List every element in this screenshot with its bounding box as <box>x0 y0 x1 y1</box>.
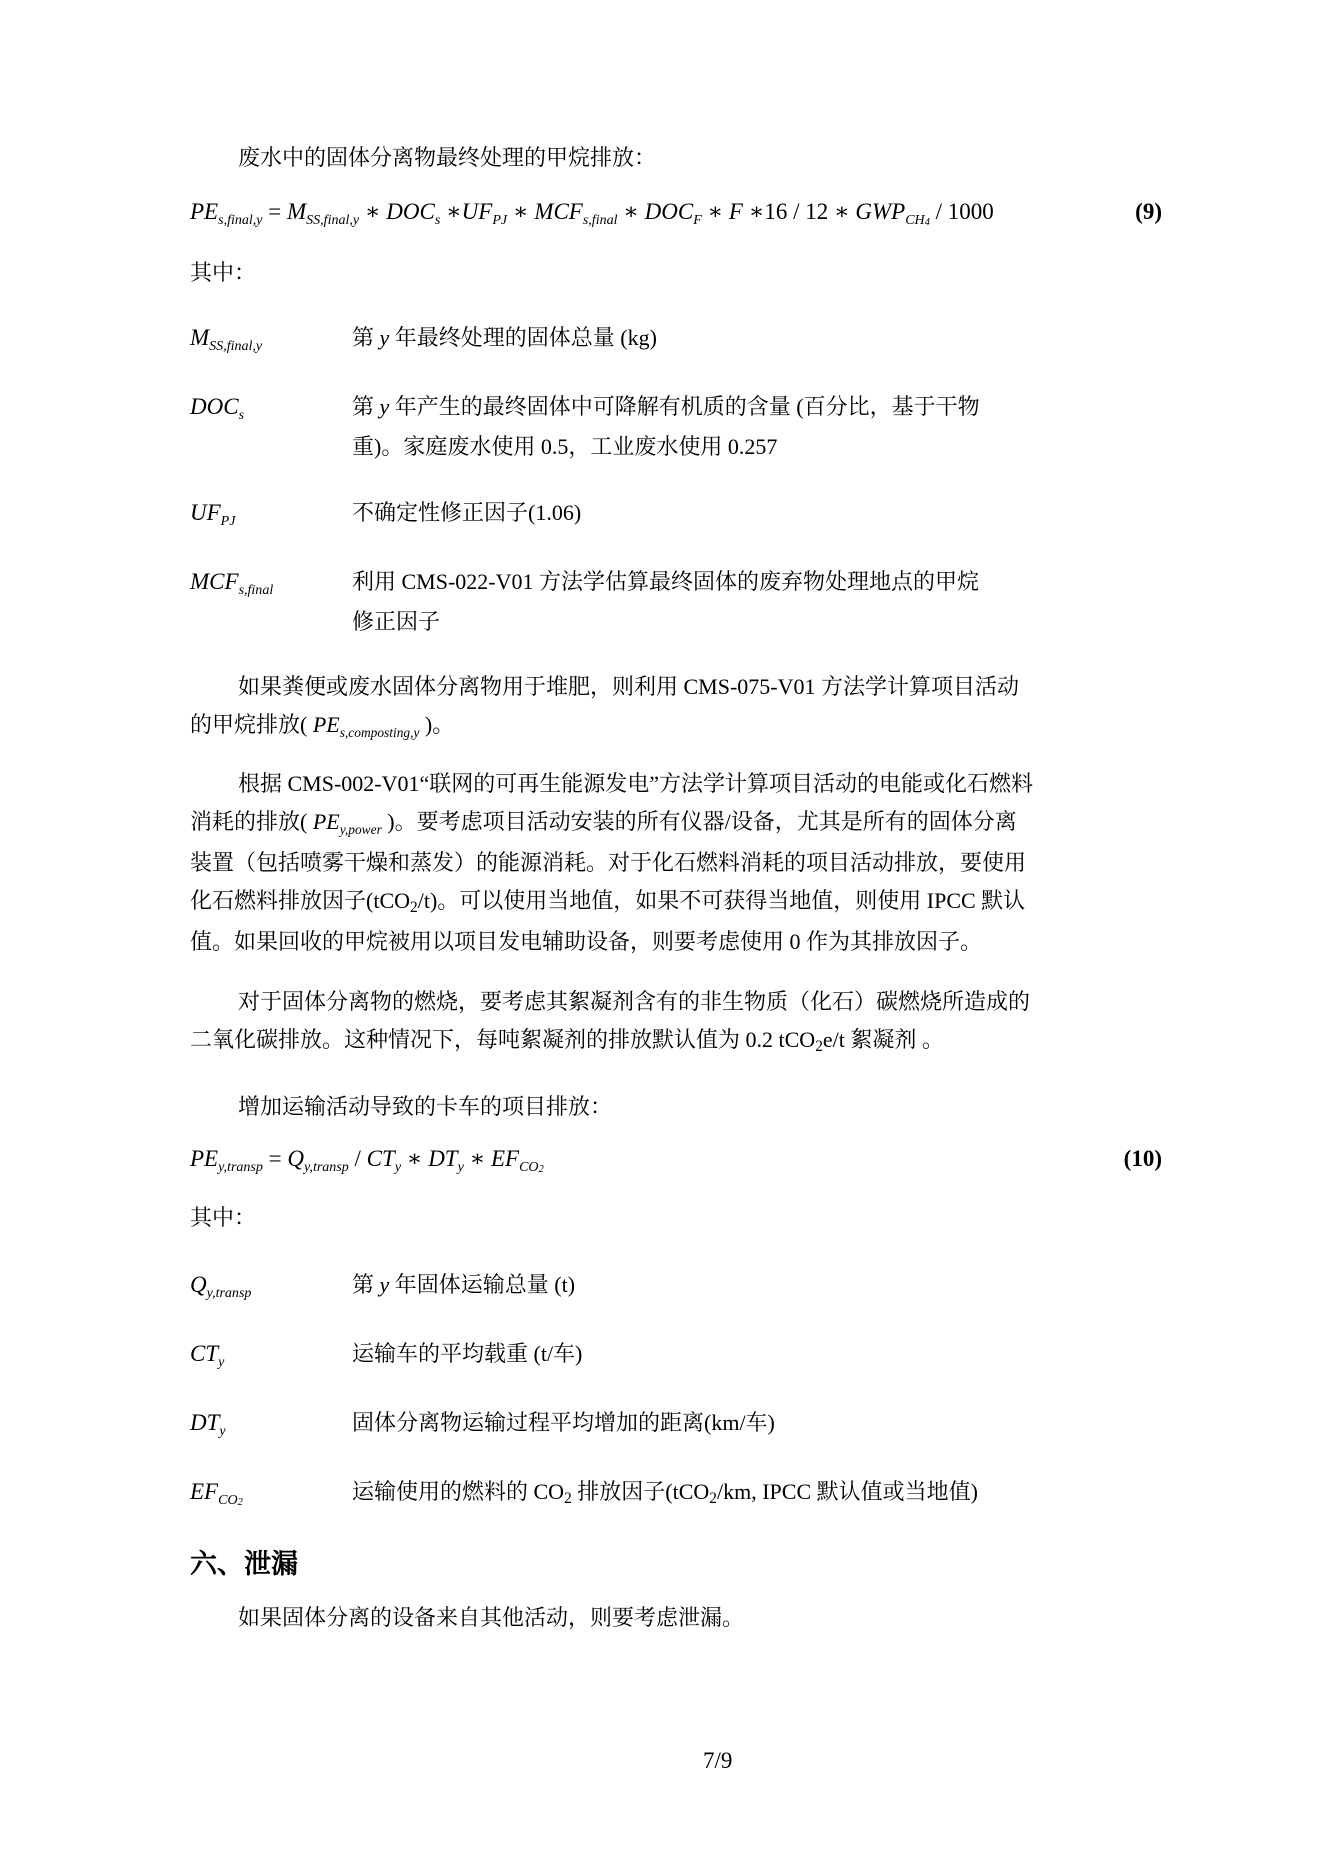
definition-text: 不确定性修正因子(1.06) <box>352 493 1182 533</box>
paragraph-composting: 如果粪便或废水固体分离物用于堆肥，则利用 CMS-075-V01 方法学计算项目… <box>190 668 1182 747</box>
where-label-1: 其中： <box>190 254 1182 292</box>
definition-term: DTy <box>190 1403 352 1446</box>
where-label-2: 其中： <box>190 1199 1182 1237</box>
definition-text: 第 y 年最终处理的固体总量 (kg) <box>352 318 1182 358</box>
definition-term: EFCO2 <box>190 1472 352 1517</box>
paragraph-transport-intro: 增加运输活动导致的卡车的项目排放： <box>190 1088 1182 1126</box>
definition-row: DOCs 第 y 年产生的最终固体中可降解有机质的含量 (百分比，基于干物 重)… <box>190 387 1182 467</box>
paragraph-line: 根据 CMS-002-V01“联网的可再生能源发电”方法学计算项目活动的电能或化… <box>190 765 1182 803</box>
definition-body: 运输使用的燃料的 CO2 排放因子(tCO2/km, IPCC 默认值或当地值) <box>352 1472 1182 1517</box>
paragraph-line: 的甲烷排放( PEs,composting,y )。 <box>190 706 1182 747</box>
paragraph-line: 化石燃料排放因子(tCO2/t)。可以使用当地值，如果不可获得当地值，则使用 I… <box>190 882 1182 923</box>
definition-term: Qy,transp <box>190 1265 352 1308</box>
definition-row: DTy 固体分离物运输过程平均增加的距离(km/车) <box>190 1403 1182 1446</box>
paragraph-power: 根据 CMS-002-V01“联网的可再生能源发电”方法学计算项目活动的电能或化… <box>190 765 1182 961</box>
definition-text: 第 y 年固体运输总量 (t) <box>352 1265 1182 1305</box>
definition-term: UFPJ <box>190 493 352 536</box>
definition-body: 第 y 年固体运输总量 (t) <box>352 1265 1182 1308</box>
paragraph-line: 值。如果回收的甲烷被用以项目发电辅助设备，则要考虑使用 0 作为其排放因子。 <box>190 923 1182 961</box>
definition-row: Qy,transp 第 y 年固体运输总量 (t) <box>190 1265 1182 1308</box>
definition-text: 运输车的平均载重 (t/车) <box>352 1334 1182 1374</box>
paragraph-flocculant: 对于固体分离物的燃烧，要考虑其絮凝剂含有的非生物质（化石）碳燃烧所造成的 二氧化… <box>190 983 1182 1062</box>
definition-list-1: MSS,final,y 第 y 年最终处理的固体总量 (kg) DOCs 第 y… <box>190 318 1182 642</box>
paragraph-line: 如果粪便或废水固体分离物用于堆肥，则利用 CMS-075-V01 方法学计算项目… <box>190 668 1182 706</box>
page-content: 废水中的固体分离物最终处理的甲烷排放： PEs,final,y = MSS,fi… <box>190 139 1182 1637</box>
formula-9-expression: PEs,final,y = MSS,final,y ∗ DOCs ∗UFPJ ∗… <box>190 193 994 236</box>
paragraph-line: 对于固体分离物的燃烧，要考虑其絮凝剂含有的非生物质（化石）碳燃烧所造成的 <box>190 983 1182 1021</box>
definition-text: 运输使用的燃料的 CO2 排放因子(tCO2/km, IPCC 默认值或当地值) <box>352 1472 1182 1515</box>
definition-row: EFCO2 运输使用的燃料的 CO2 排放因子(tCO2/km, IPCC 默认… <box>190 1472 1182 1517</box>
definition-text: 固体分离物运输过程平均增加的距离(km/车) <box>352 1403 1182 1443</box>
paragraph-leakage: 如果固体分离的设备来自其他活动，则要考虑泄漏。 <box>190 1599 1182 1637</box>
intro-line: 废水中的固体分离物最终处理的甲烷排放： <box>190 139 1182 177</box>
definition-body: 利用 CMS-022-V01 方法学估算最终固体的废弃物处理地点的甲烷 修正因子 <box>352 562 1182 642</box>
definition-row: MSS,final,y 第 y 年最终处理的固体总量 (kg) <box>190 318 1182 361</box>
definition-body: 运输车的平均载重 (t/车) <box>352 1334 1182 1377</box>
definition-text: 重)。家庭废水使用 0.5，工业废水使用 0.257 <box>352 427 1182 467</box>
definition-term: DOCs <box>190 387 352 467</box>
section-heading-leakage: 六、泄漏 <box>190 1543 1182 1585</box>
formula-9-label: (9) <box>1135 193 1182 231</box>
definition-row: UFPJ 不确定性修正因子(1.06) <box>190 493 1182 536</box>
formula-9: PEs,final,y = MSS,final,y ∗ DOCs ∗UFPJ ∗… <box>190 193 1182 236</box>
document-page: 废水中的固体分离物最终处理的甲烷排放： PEs,final,y = MSS,fi… <box>0 0 1323 1871</box>
definition-term: CTy <box>190 1334 352 1377</box>
formula-10-expression: PEy,transp = Qy,transp / CTy ∗ DTy ∗ EFC… <box>190 1140 544 1183</box>
definition-text: 第 y 年产生的最终固体中可降解有机质的含量 (百分比，基于干物 <box>352 387 1182 427</box>
definition-term: MCFs,final <box>190 562 352 642</box>
definition-body: 第 y 年产生的最终固体中可降解有机质的含量 (百分比，基于干物 重)。家庭废水… <box>352 387 1182 467</box>
definition-body: 第 y 年最终处理的固体总量 (kg) <box>352 318 1182 361</box>
definition-body: 不确定性修正因子(1.06) <box>352 493 1182 536</box>
definition-row: MCFs,final 利用 CMS-022-V01 方法学估算最终固体的废弃物处… <box>190 562 1182 642</box>
formula-10-label: (10) <box>1124 1140 1182 1178</box>
definition-text: 利用 CMS-022-V01 方法学估算最终固体的废弃物处理地点的甲烷 <box>352 562 1182 602</box>
definition-text: 修正因子 <box>352 602 1182 642</box>
definition-list-2: Qy,transp 第 y 年固体运输总量 (t) CTy 运输车的平均载重 (… <box>190 1265 1182 1517</box>
formula-10: PEy,transp = Qy,transp / CTy ∗ DTy ∗ EFC… <box>190 1140 1182 1183</box>
definition-row: CTy 运输车的平均载重 (t/车) <box>190 1334 1182 1377</box>
definition-term: MSS,final,y <box>190 318 352 361</box>
paragraph-line: 二氧化碳排放。这种情况下，每吨絮凝剂的排放默认值为 0.2 tCO2e/t 絮凝… <box>190 1021 1182 1062</box>
paragraph-line: 消耗的排放( PEy,power )。要考虑项目活动安装的所有仪器/设备，尤其是… <box>190 803 1182 844</box>
paragraph-line: 装置（包括喷雾干燥和蒸发）的能源消耗。对于化石燃料消耗的项目活动排放，要使用 <box>190 844 1182 882</box>
definition-body: 固体分离物运输过程平均增加的距离(km/车) <box>352 1403 1182 1446</box>
page-number: 7/9 <box>703 1746 732 1776</box>
